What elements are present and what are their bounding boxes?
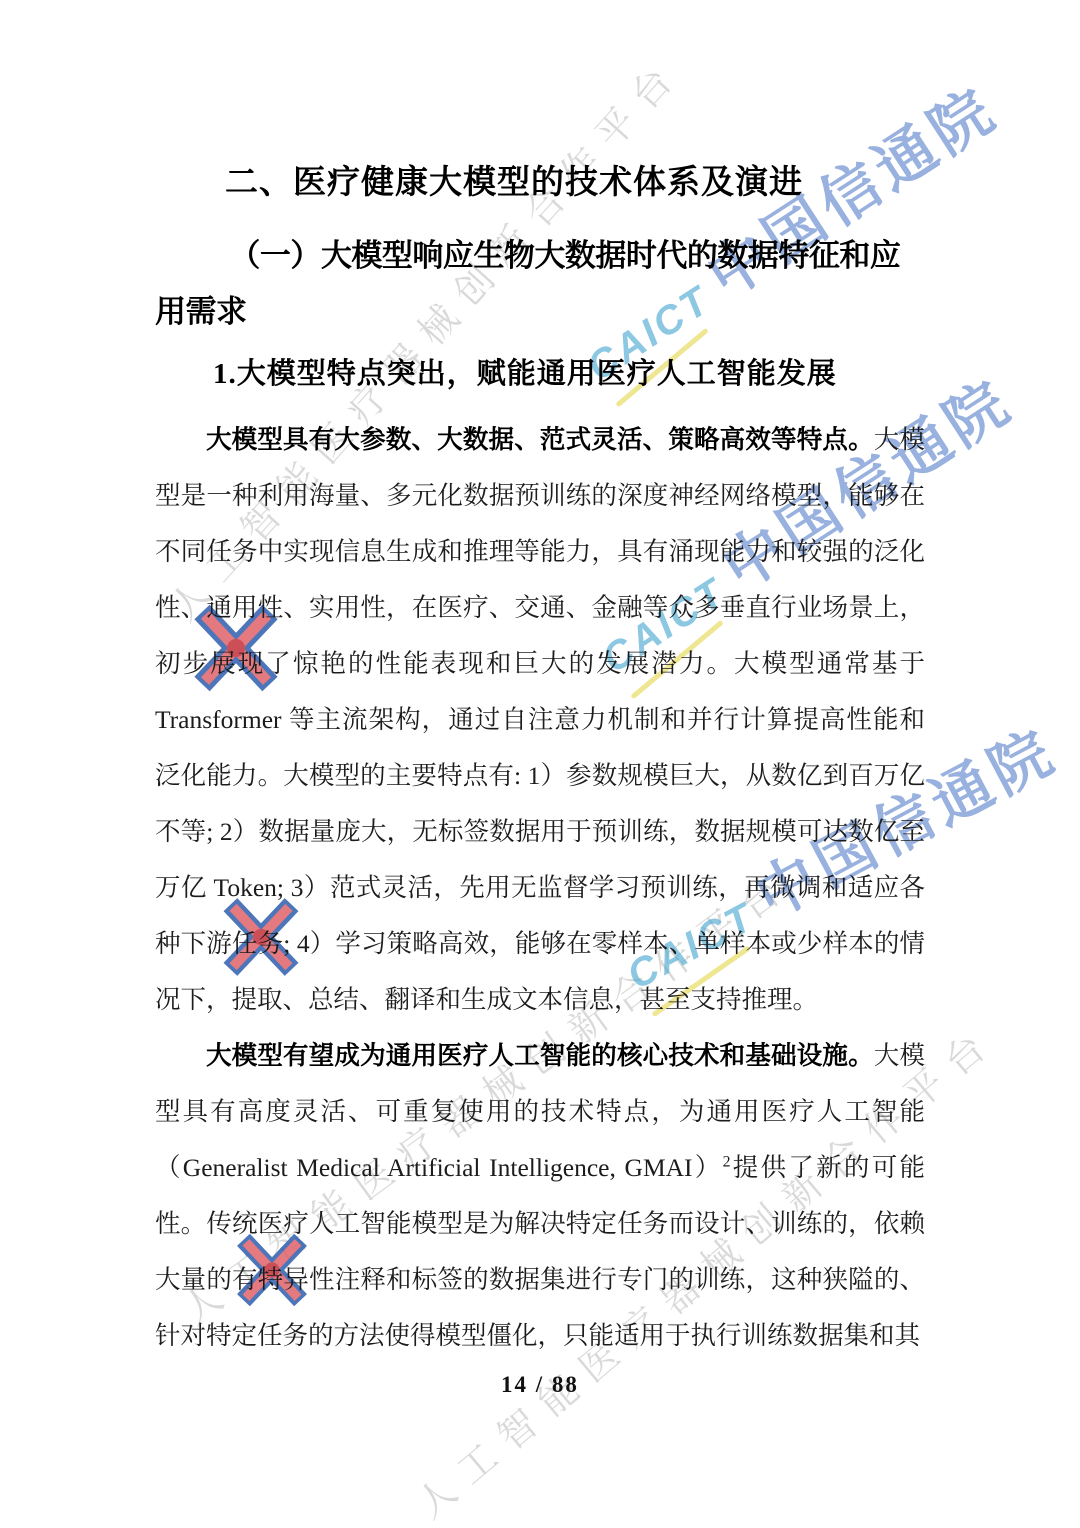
paragraph-lead-bold: 大模型具有大参数、大数据、范式灵活、策略高效等特点。 [206,426,874,454]
page-number: 14 / 88 [0,1372,1080,1398]
paragraph-text: 提供了新的可能性。传统医疗人工智能模型是为解决特定任务而设计、训练的，依赖大量的… [155,1153,925,1350]
paragraph-lead-bold: 大模型有望成为通用医疗人工智能的核心技术和基础设施。 [206,1042,874,1070]
footnote-reference: 2 [723,1154,731,1171]
section-heading: 二、医疗健康大模型的技术体系及演进 [225,160,925,204]
numbered-heading: 1.大模型特点突出，赋能通用医疗人工智能发展 [155,348,925,400]
document-page: 人工智能医疗器械创新合作平台 人工智能医疗器械创新合作平台 人工智能医疗器械创新… [0,0,1080,1528]
paragraph-text: 大模型是一种利用海量、多元化数据预训练的深度神经网络模型，能够在不同任务中实现信… [155,425,925,1014]
paragraph-1: 大模型具有大参数、大数据、范式灵活、策略高效等特点。大模型是一种利用海量、多元化… [155,412,925,1028]
document-content: 二、医疗健康大模型的技术体系及演进 （一）大模型响应生物大数据时代的数据特征和应… [155,160,925,1364]
paragraph-2: 大模型有望成为通用医疗人工智能的核心技术和基础设施。大模型具有高度灵活、可重复使… [155,1028,925,1364]
subsection-heading: （一）大模型响应生物大数据时代的数据特征和应用需求 [155,228,925,340]
